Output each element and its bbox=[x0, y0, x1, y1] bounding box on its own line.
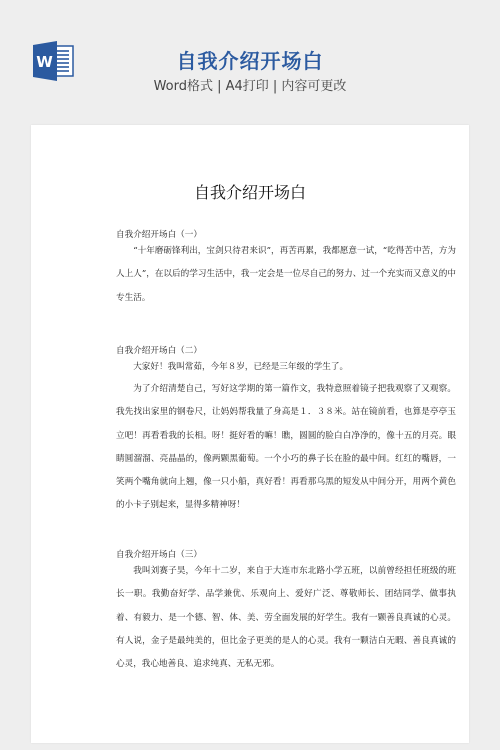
paragraph: 我叫刘赛子昊，今年十二岁，来自于大连市东北路小学五班，以前曾经担任班级的班长一职… bbox=[116, 560, 456, 676]
section-heading-3: 自我介绍开场白（三） bbox=[116, 548, 202, 560]
document-page: 自我介绍开场白 自我介绍开场白（一） “十年磨砺锋利出，宝剑只待君来识”，再苦再… bbox=[31, 125, 469, 743]
section-heading-1: 自我介绍开场白（一） bbox=[116, 228, 202, 240]
paragraph: “十年磨砺锋利出，宝剑只待君来识”，再苦再累，我都愿意一试，“吃得苦中苦，方为人… bbox=[116, 240, 456, 310]
paragraph: 大家好！我叫常茹，今年８岁，已经是三年级的学生了。 bbox=[116, 356, 456, 379]
header-title: 自我介绍开场白 bbox=[0, 45, 500, 74]
document-title: 自我介绍开场白 bbox=[31, 180, 469, 203]
header-subtitle: Word格式 | A4打印 | 内容可更改 bbox=[0, 75, 500, 94]
paragraph: 为了介绍清楚自己，写好这学期的第一篇作文，我特意照着镜子把我观察了又观察。我先找… bbox=[116, 378, 456, 518]
header: W 自我介绍开场白 Word格式 | A4打印 | 内容可更改 bbox=[0, 0, 500, 120]
section-heading-2: 自我介绍开场白（二） bbox=[116, 344, 202, 356]
